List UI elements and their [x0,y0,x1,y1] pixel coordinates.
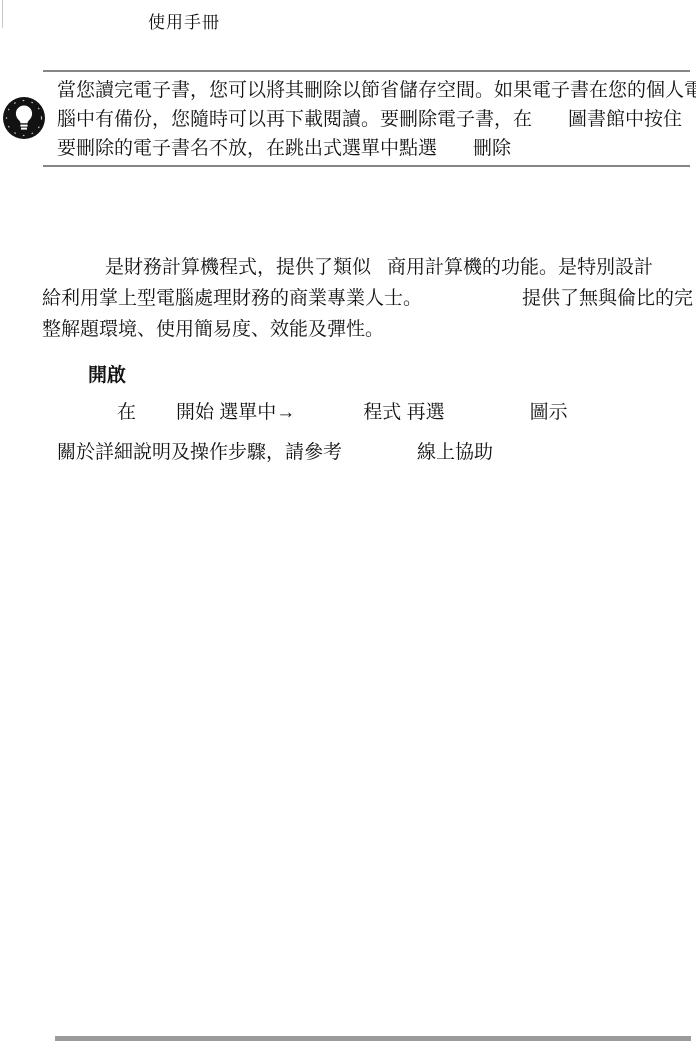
note-text: 當您讀完電子書，您可以將其刪除以節省儲存空間。如果電子書在您的個人電 [57,80,696,101]
step-text: 程式 再選 [363,402,444,423]
text-gap [437,153,473,154]
reference-text: 線上協助 [417,442,493,463]
intro-line-3: 整解題環境、使用簡易度、效能及彈性。 [42,314,694,345]
text-gap [422,303,522,304]
intro-line-2: 給利用掌上型電腦處理財務的商業專業人士。提供了無與倫比的完 [42,283,694,314]
body-text: 整解題環境、使用簡易度、效能及彈性。 [42,319,384,340]
body-text: 是財務計算機程式，提供了類似 [105,257,371,278]
note-text: 要刪除的電子書名不放，在跳出式選單中點選 [57,138,437,159]
body-text: 提供了無與倫比的完 [522,288,693,309]
text-gap [295,417,363,418]
page-title: 使用手冊 [148,8,220,33]
text-gap [532,124,568,125]
step-text: 開始 選單中→ [176,402,295,423]
manual-page: 使用手冊 當您讀完電子書，您可以將其刪除以節省儲存空間。如果電子書在您的個人電 … [0,0,696,1045]
note-text: 圖書館中按住 [568,109,682,130]
lightbulb-icon [2,96,46,140]
note-box: 當您讀完電子書，您可以將其刪除以節省儲存空間。如果電子書在您的個人電 腦中有備份… [43,70,690,167]
text-gap [371,272,387,273]
step-instruction-line: 在開始 選單中→程式 再選圖示 [117,397,568,424]
section-heading-open: 開啟 [88,360,126,387]
step-text: 圖示 [530,402,568,423]
footer-rule [55,1036,691,1041]
intro-line-1: 是財務計算機程式，提供了類似商用計算機的功能。是特別設計 [42,252,694,283]
note-text: 刪除 [473,138,511,159]
text-gap [136,417,176,418]
note-text-line-2: 腦中有備份，您隨時可以再下載閱讀。要刪除電子書，在圖書館中按住 [57,105,690,134]
step-text: 在 [117,402,136,423]
page-edge-mark [2,0,3,28]
note-text: 腦中有備份，您隨時可以再下載閱讀。要刪除電子書，在 [57,109,532,130]
body-text: 商用計算機的功能。是特別設計 [387,257,653,278]
reference-text: 關於詳細說明及操作步驟，請參考 [57,442,342,463]
body-text: 給利用掌上型電腦處理財務的商業專業人士。 [42,288,422,309]
text-gap [445,417,530,418]
intro-paragraph: 是財務計算機程式，提供了類似商用計算機的功能。是特別設計 給利用掌上型電腦處理財… [42,252,694,345]
reference-line: 關於詳細說明及操作步驟，請參考線上協助 [57,437,493,464]
note-text-line-3: 要刪除的電子書名不放，在跳出式選單中點選刪除 [57,134,690,163]
note-text-line-1: 當您讀完電子書，您可以將其刪除以節省儲存空間。如果電子書在您的個人電 [57,76,690,105]
text-gap [342,457,417,458]
